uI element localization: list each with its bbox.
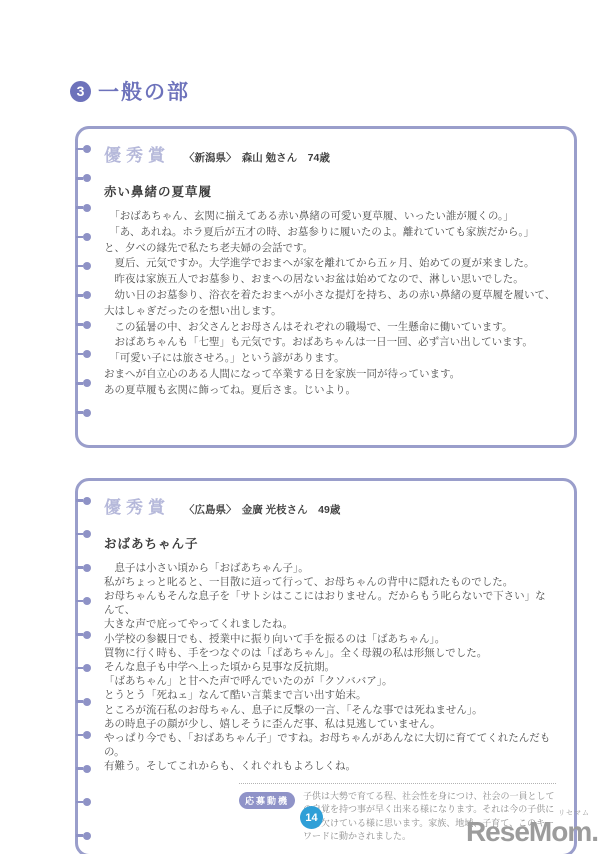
essay-line: 夏后、元気ですか。大学進学でおまへが家を離れてから五ヶ月、始めての夏が来ました。 xyxy=(104,256,556,272)
binding-ring xyxy=(76,731,91,739)
binding-ring xyxy=(76,564,91,572)
binding-ring xyxy=(76,798,91,806)
binding-ring xyxy=(76,262,91,270)
essay-line: おばあちゃんも「七聖」も元気です。おばあちゃんは一日一回、必ず言い出しています。 xyxy=(104,335,556,351)
essay-line: 「ばあちゃん」と甘へた声で呼んでいたのが「クソババア」。 xyxy=(104,674,556,688)
binding-ring xyxy=(76,291,91,299)
essay-line: 私がちょっと叱ると、一目散に這って行って、お母ちゃんの背中に隠れたものでした。 xyxy=(104,575,556,589)
binding-ring xyxy=(76,664,91,672)
binding-ring xyxy=(76,321,91,329)
award-header: 優秀賞 〈新潟県〉 森山 勉さん 74歳 xyxy=(104,141,556,166)
motive-badge: 応募動機 xyxy=(239,792,295,809)
binding-ring xyxy=(76,174,91,182)
binding-ring xyxy=(76,832,91,840)
essay-line: 「可愛い子には旅させろ。」という諺があります。 xyxy=(104,351,556,367)
binding-ring xyxy=(76,698,91,706)
binding-ring xyxy=(76,530,91,538)
essay-line: 息子は小さい頃から「おばあちゃん子」。 xyxy=(104,561,556,575)
essay-line: あの時息子の顔が少し、嬉しそうに歪んだ事、私は見逃していません。 xyxy=(104,717,556,731)
award-winner-meta: 〈広島県〉 金廣 光枝さん 49歳 xyxy=(184,502,340,517)
binding-ring xyxy=(76,204,91,212)
essay-line: ところが流石私のお母ちゃん、息子に反撃の一言、「そんな事では死ねません」。 xyxy=(104,703,556,717)
award-label: 優秀賞 xyxy=(104,493,170,518)
essay-line: 小学校の参観日でも、授業中に振り向いて手を振るのは「ばあちゃん」。 xyxy=(104,632,556,646)
binding-ring xyxy=(76,379,91,387)
essay-line: 有難う。そしてこれからも、くれぐれもよろしくね。 xyxy=(104,759,556,773)
award-card-2: 優秀賞 〈広島県〉 金廣 光枝さん 49歳 おばあちゃん子 息子は小さい頃から「… xyxy=(75,478,577,854)
essay-line: 「おばあちゃん、玄関に揃えてある赤い鼻緒の可愛い夏草履、いったい誰が履くの。」 xyxy=(104,209,556,225)
page-number-badge: 14 xyxy=(300,806,323,829)
essay-line: この猛暑の中、お父さんとお母さんはそれぞれの職場で、一生懸命に働いています。 xyxy=(104,320,556,336)
essay-title: 赤い鼻緒の夏草履 xyxy=(104,182,556,200)
binding-ring xyxy=(76,631,91,639)
section-number-badge: 3 xyxy=(70,81,91,102)
logo-text: ReseMom. xyxy=(466,816,598,847)
essay-line: そんな息子も中学へ上った頃から見事な反抗期。 xyxy=(104,660,556,674)
essay-line: 「あ、あれね。ホラ夏后が五才の時、お墓参りに履いたのよ。離れていても家族だから。… xyxy=(104,225,556,241)
essay-line: と、夕べの縁先で私たち老夫婦の会話です。 xyxy=(104,241,556,257)
binding-ring xyxy=(76,597,91,605)
resemom-logo: リセマム ReseMom. xyxy=(466,810,598,846)
essay-line: 大きな声で庇ってやってくれましたね。 xyxy=(104,617,556,631)
essay-line: お母ちゃんもそんな息子を「サトシはここにはおりません。だからもう叱らないで下さい… xyxy=(104,589,556,617)
binding-ring xyxy=(76,497,91,505)
essay-line: 大はしゃぎだったのを想い出します。 xyxy=(104,304,556,320)
award-header: 優秀賞 〈広島県〉 金廣 光枝さん 49歳 xyxy=(104,493,556,518)
essay-line: とうとう「死ねェ」なんて酷い言葉まで言い出す始末。 xyxy=(104,688,556,702)
section-title: 一般の部 xyxy=(98,76,190,106)
essay-line: やっぱり今でも、「おばあちゃん子」ですね。お母ちゃんがあんなに大切に育ててくれた… xyxy=(104,731,556,759)
section-header: 3 一般の部 xyxy=(70,76,605,106)
binding-ring xyxy=(76,765,91,773)
binding-ring xyxy=(76,350,91,358)
essay-line: あの夏草履も玄関に飾ってね。夏后さま。じいより。 xyxy=(104,383,556,399)
notebook-binding-dots xyxy=(76,497,91,840)
essay-line: 買物に行く時も、手をつなぐのは「ばあちゃん」。全く母親の私は形無しでした。 xyxy=(104,646,556,660)
binding-ring xyxy=(76,409,91,417)
essay-title: おばあちゃん子 xyxy=(104,534,556,552)
essay-line: 昨夜は家族五人でお墓参り、おまへの居ないお盆は始めてなので、淋しい思いでした。 xyxy=(104,272,556,288)
binding-ring xyxy=(76,233,91,241)
binding-ring xyxy=(76,145,91,153)
essay-line: 幼い日のお墓参り、浴衣を着たおまへが小さな提灯を持ち、あの赤い鼻緒の夏草履を履い… xyxy=(104,288,556,304)
notebook-binding-dots xyxy=(76,145,91,417)
award-card-1: 優秀賞 〈新潟県〉 森山 勉さん 74歳 赤い鼻緒の夏草履 「おばあちゃん、玄関… xyxy=(75,126,577,448)
essay-line: おまへが自立心のある人間になって卒業する日を家族一同が待っています。 xyxy=(104,367,556,383)
award-winner-meta: 〈新潟県〉 森山 勉さん 74歳 xyxy=(184,150,330,165)
award-label: 優秀賞 xyxy=(104,141,170,166)
